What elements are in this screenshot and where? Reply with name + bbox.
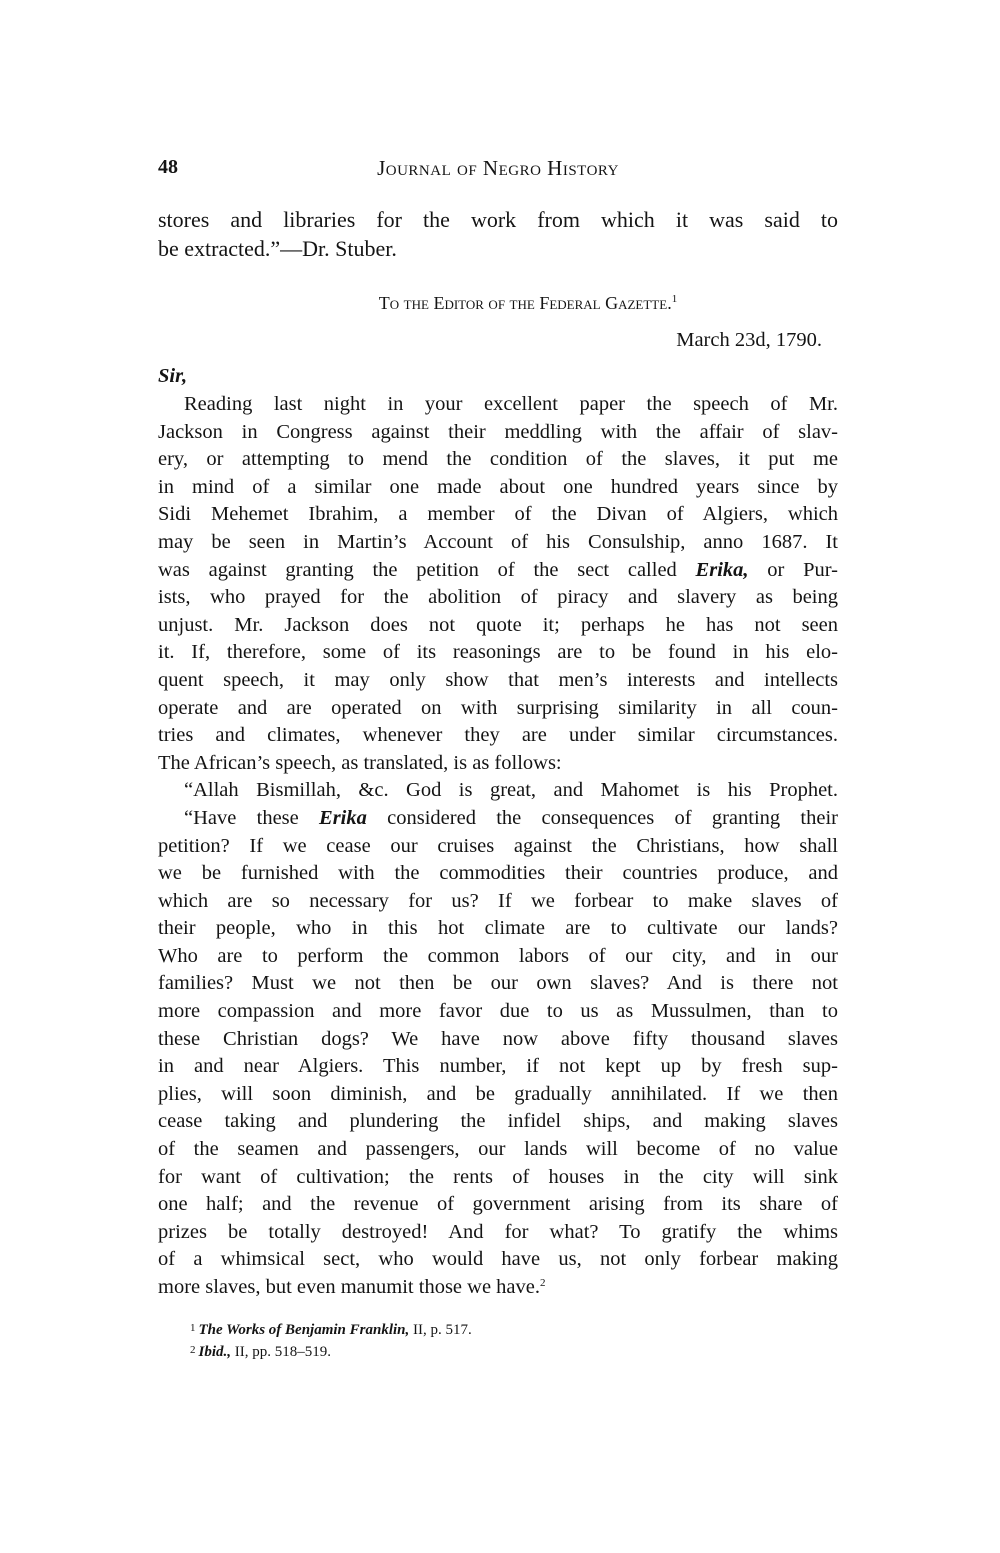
text-line: be extracted.”—Dr. Stuber. — [158, 234, 838, 263]
italic-term: Erika — [319, 807, 367, 829]
text-span: “Have these — [184, 807, 319, 829]
letter-heading: To the Editor of the Federal Gazette.1 — [158, 293, 838, 314]
quote-line: cease taking and plundering the infidel … — [158, 1108, 838, 1136]
text-line: may be seen in Martin’s Account of his C… — [158, 529, 838, 557]
footnotes: 1The Works of Benjamin Franklin, II, p. … — [190, 1318, 472, 1362]
letter-body: Reading last night in your excellent pap… — [158, 391, 838, 1302]
quote-line: in and near Algiers. This number, if not… — [158, 1053, 838, 1081]
text-line: Sidi Mehemet Ibrahim, a member of the Di… — [158, 501, 838, 529]
quote-line: plies, will soon diminish, and be gradua… — [158, 1081, 838, 1109]
quote-line: these Christian dogs? We have now above … — [158, 1026, 838, 1054]
letter-heading-text: To the Editor of the Federal Gazette. — [379, 293, 672, 313]
quote-line: one half; and the revenue of government … — [158, 1191, 838, 1219]
text-line: ists, who prayed for the abolition of pi… — [158, 584, 838, 612]
text-span: or Pur- — [749, 559, 838, 581]
footnote-marker: 1 — [190, 1322, 196, 1334]
quote-line: families? Must we not then be our own sl… — [158, 970, 838, 998]
text-line: unjust. Mr. Jackson does not quote it; p… — [158, 612, 838, 640]
text-span: considered the consequences of granting … — [367, 807, 838, 829]
quote-line: their people, who in this hot climate ar… — [158, 915, 838, 943]
text-line: operate and are operated on with surpris… — [158, 695, 838, 723]
text-line: quent speech, it may only show that men’… — [158, 667, 838, 695]
quote-line: more compassion and more favor due to us… — [158, 998, 838, 1026]
text-line: Reading last night in your excellent pap… — [158, 391, 838, 419]
text-line: tries and climates, whenever they are un… — [158, 722, 838, 750]
footnote-2: 2Ibid., II, pp. 518–519. — [190, 1340, 472, 1362]
quote-line: Who are to perform the common labors of … — [158, 943, 838, 971]
quote-line: more slaves, but even manumit those we h… — [158, 1274, 838, 1302]
text-span: was against granting the petition of the… — [158, 559, 696, 581]
footnote-marker: 2 — [190, 1344, 196, 1356]
letter-date: March 23d, 1790. — [158, 329, 822, 352]
running-head: 48 Journal of Negro History — [158, 156, 838, 186]
quote-line: we be furnished with the commodities the… — [158, 860, 838, 888]
quote-line: for want of cultivation; the rents of ho… — [158, 1164, 838, 1192]
text-line: it. If, therefore, some of its reasoning… — [158, 639, 838, 667]
footnote-citation: II, p. 517. — [409, 1322, 472, 1338]
quote-line: prizes be totally destroyed! And for wha… — [158, 1219, 838, 1247]
quote-line: which are so necessary for us? If we for… — [158, 888, 838, 916]
text-line: stores and libraries for the work from w… — [158, 205, 838, 234]
intro-paragraph: stores and libraries for the work from w… — [158, 205, 838, 263]
document-page: 48 Journal of Negro History stores and l… — [0, 0, 1000, 1553]
quote-line: of a whimsical sect, who would have us, … — [158, 1246, 838, 1274]
footnote-1: 1The Works of Benjamin Franklin, II, p. … — [190, 1318, 472, 1340]
quote-line: “Allah Bismillah, &c. God is great, and … — [158, 777, 838, 805]
text-line: was against granting the petition of the… — [158, 557, 838, 585]
text-line: in mind of a similar one made about one … — [158, 474, 838, 502]
text-span: more slaves, but even manumit those we h… — [158, 1276, 540, 1298]
italic-term: Erika, — [696, 559, 749, 581]
footnote-citation: II, pp. 518–519. — [231, 1344, 331, 1360]
footnote-title: Ibid., — [199, 1344, 232, 1360]
text-line: The African’s speech, as translated, is … — [158, 750, 838, 778]
quote-line: “Have these Erika considered the consequ… — [158, 805, 838, 833]
footnote-title: The Works of Benjamin Franklin, — [199, 1322, 410, 1338]
journal-title: Journal of Negro History — [158, 156, 838, 181]
footnote-ref: 2 — [540, 1277, 546, 1289]
salutation: Sir, — [158, 365, 187, 388]
quote-line: petition? If we cease our cruises agains… — [158, 833, 838, 861]
quote-line: of the seamen and passengers, our lands … — [158, 1136, 838, 1164]
footnote-ref: 1 — [672, 293, 678, 305]
text-line: ery, or attempting to mend the condition… — [158, 446, 838, 474]
text-line: Jackson in Congress against their meddli… — [158, 419, 838, 447]
